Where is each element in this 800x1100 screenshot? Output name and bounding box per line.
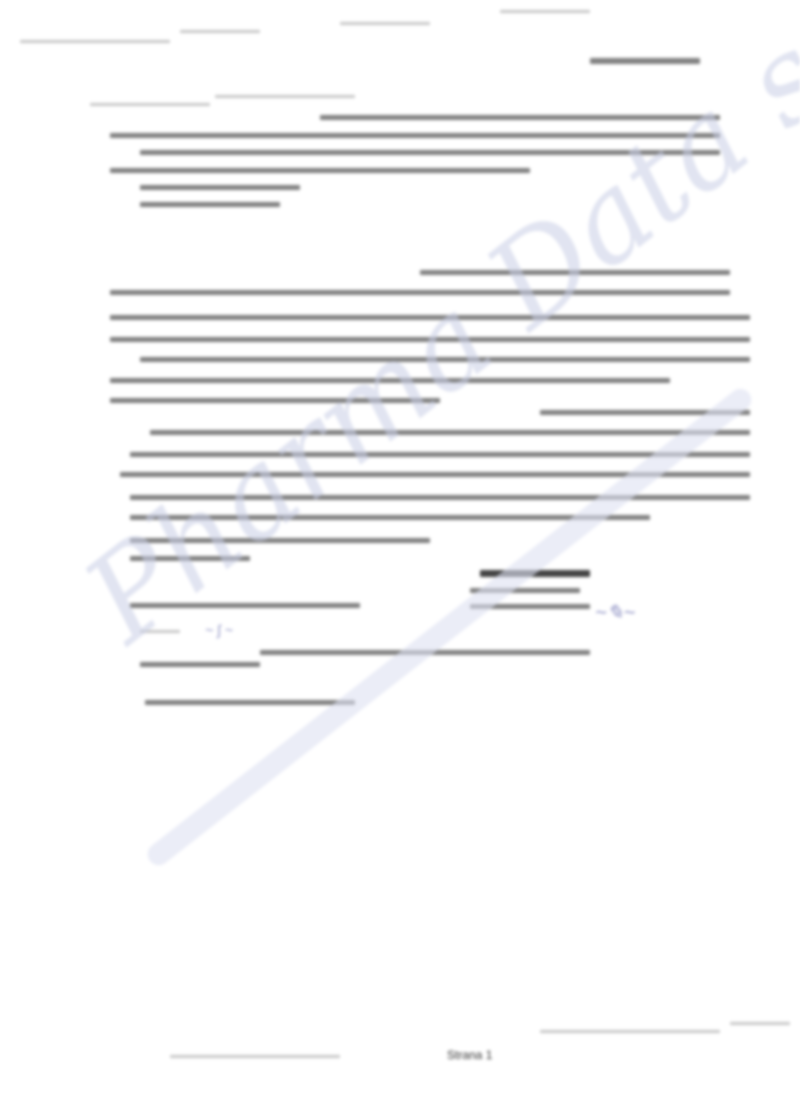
watermark-stroke xyxy=(143,384,755,869)
signature-mark-left: ~ ∫ ~ xyxy=(205,622,233,638)
signature-mark: ~✎~ xyxy=(595,600,635,625)
page-number: Strana 1 xyxy=(447,1048,492,1062)
